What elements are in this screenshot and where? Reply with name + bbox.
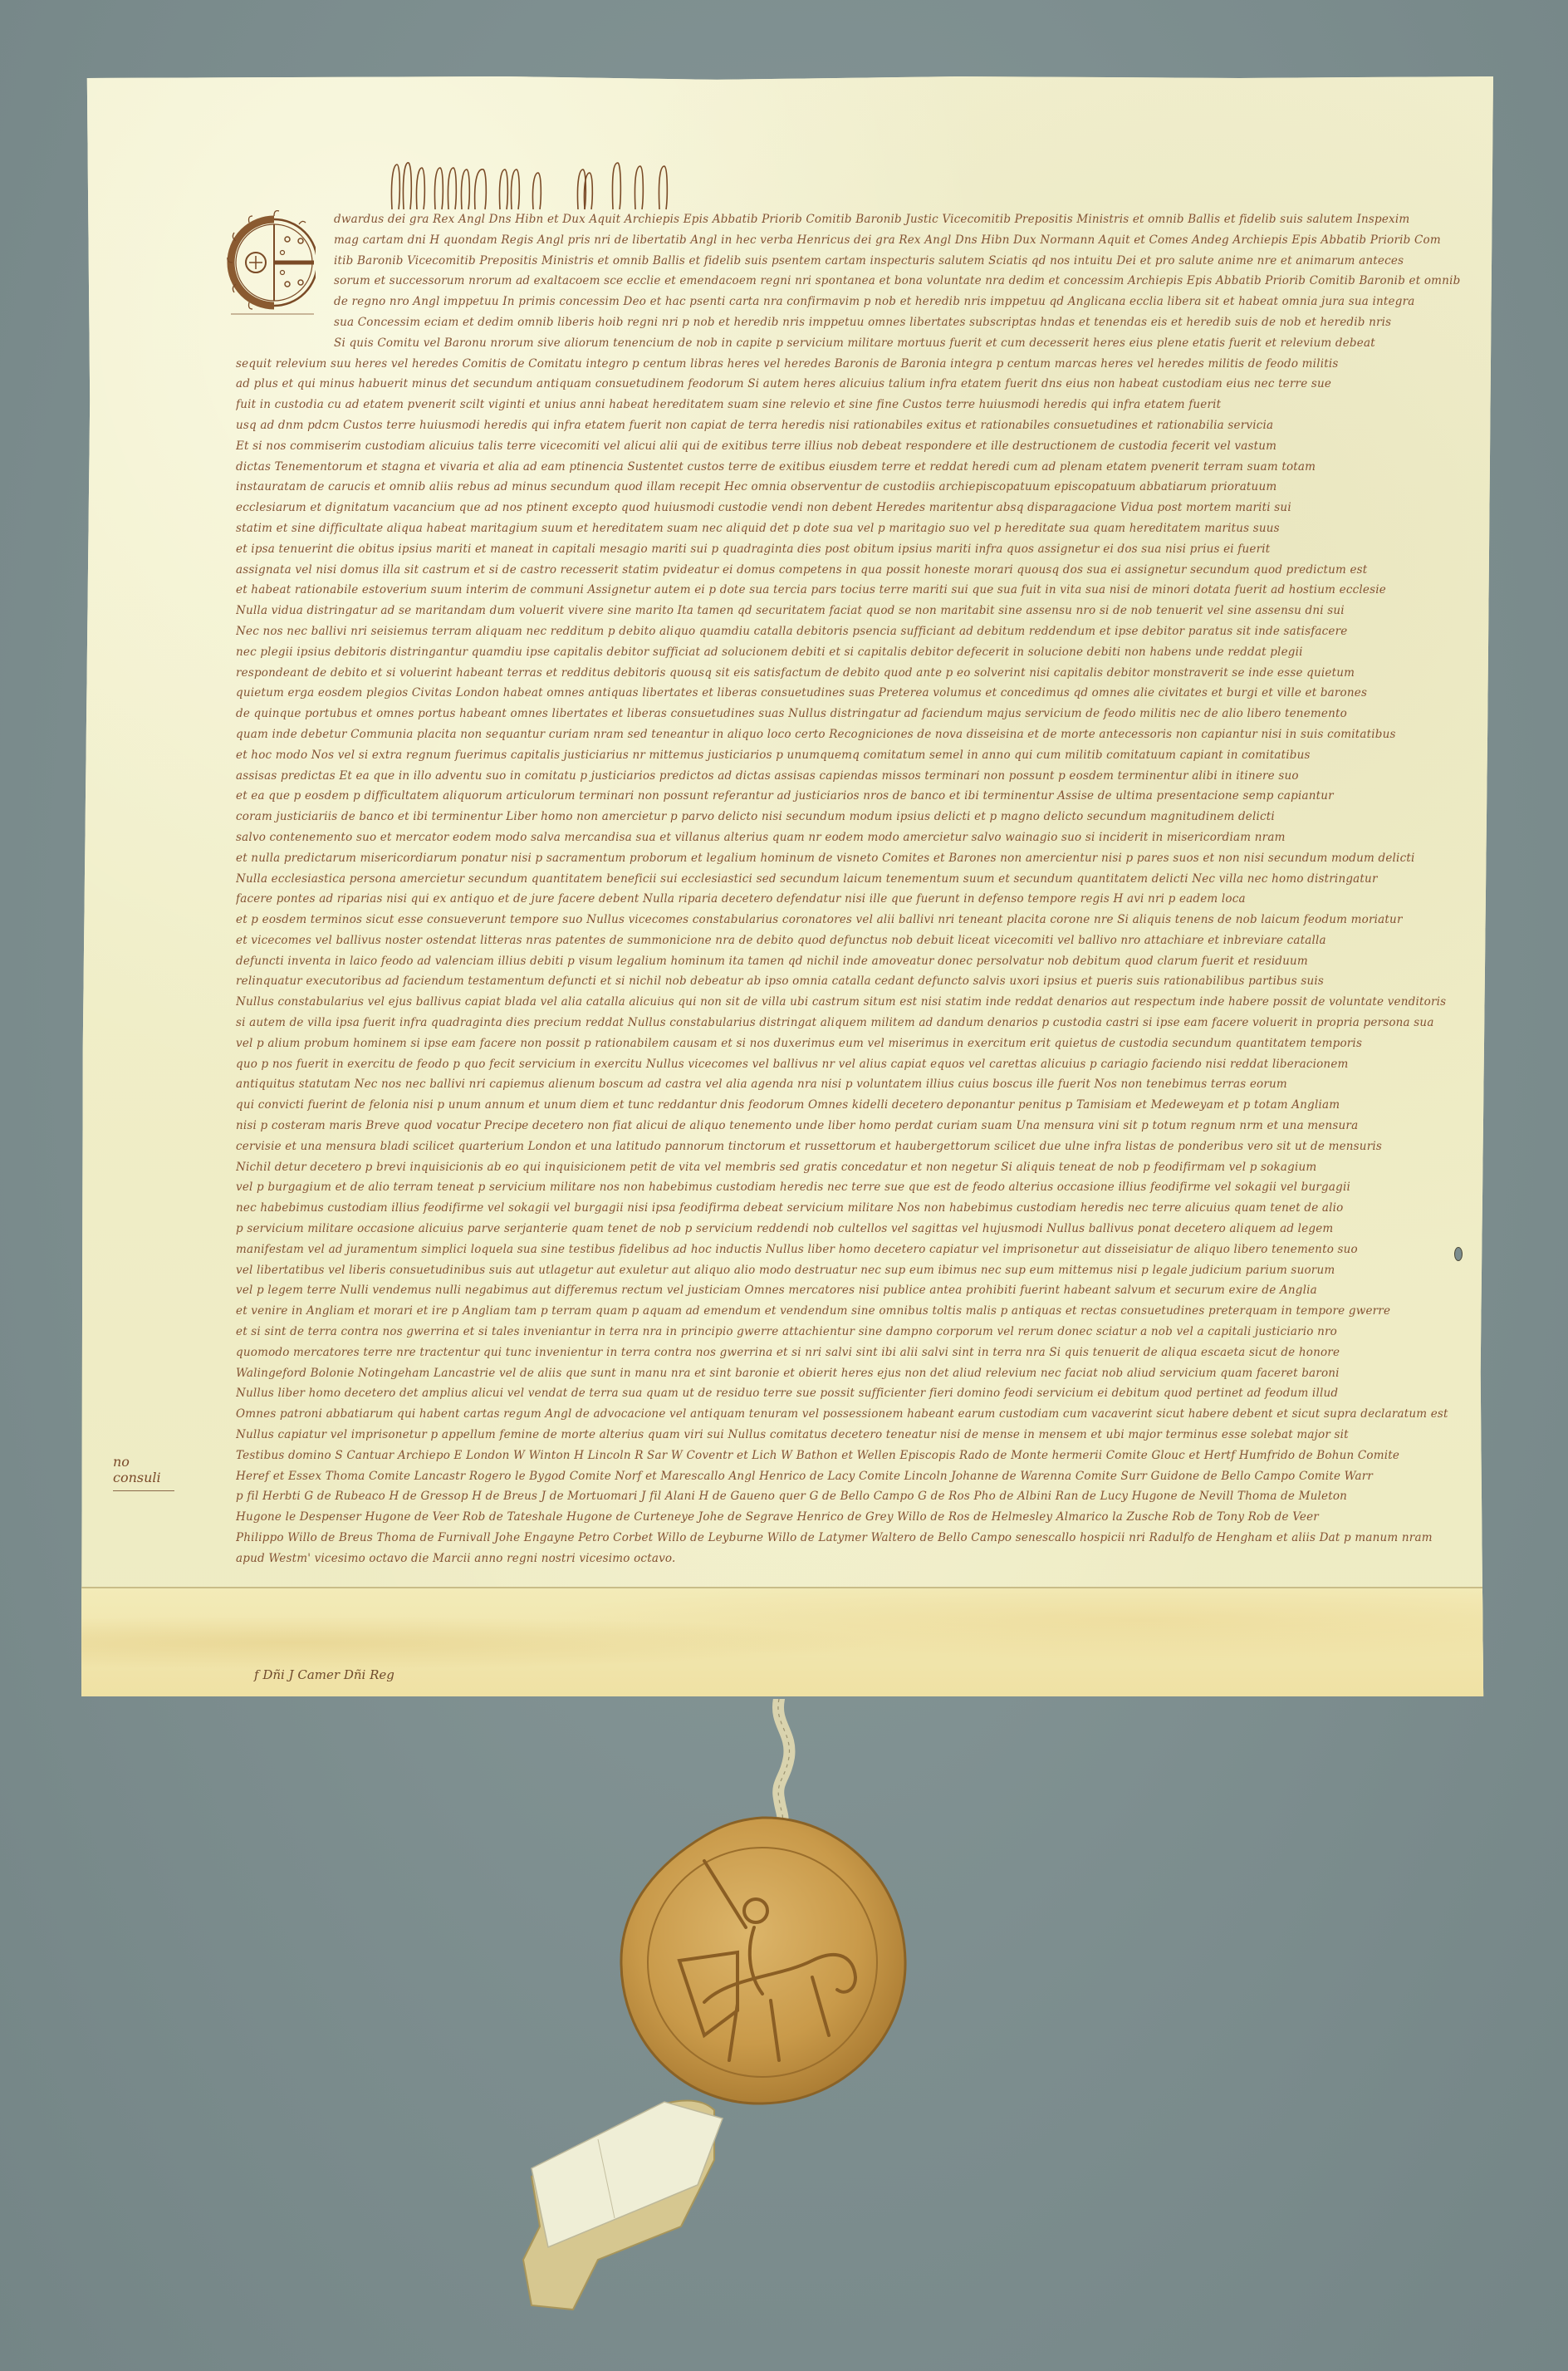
text-line: salvo contenemento suo et mercator eodem… <box>236 827 1482 848</box>
text-line: dwardus dei gra Rex Angl Dns Hibn et Dux… <box>236 209 1482 230</box>
text-line: qui convicti fuerint de felonia nisi p u… <box>236 1095 1482 1116</box>
text-line: de regno nro Angl imppetuu In primis con… <box>236 292 1482 312</box>
wax-seal-icon <box>613 1811 912 2110</box>
text-line: Philippo Willo de Breus Thoma de Furniva… <box>236 1528 1482 1549</box>
text-line: quomodo mercatores terre nre tractentur … <box>236 1343 1482 1363</box>
text-line: defuncti inventa in laico feodo ad valen… <box>236 951 1482 972</box>
text-line: nisi p costeram maris Breve quod vocatur… <box>236 1116 1482 1136</box>
text-line: vel p burgagium et de alio terram teneat… <box>236 1177 1482 1198</box>
text-line: nec plegii ipsius debitoris distringantu… <box>236 642 1482 663</box>
text-line: Nec nos nec ballivi nri seisiemus terram… <box>236 621 1482 642</box>
text-line: statim et sine difficultate aliqua habea… <box>236 518 1482 539</box>
text-line: p servicium militare occasione alicuius … <box>236 1219 1482 1239</box>
text-line: itib Baronib Vicecomitib Prepositis Mini… <box>236 251 1482 272</box>
text-line: respondeant de debito et si voluerint ha… <box>236 663 1482 684</box>
text-line: mag cartam dni H quondam Regis Angl pris… <box>236 230 1482 251</box>
clerk-endorsement: f Dñi J Camer Dñi Reg <box>254 1667 394 1682</box>
text-line: Nullus capiatur vel imprisonetur p appel… <box>236 1425 1482 1446</box>
text-line: sua Concessim eciam et dedim omnib liber… <box>236 312 1482 333</box>
text-line: instauratam de carucis et omnib aliis re… <box>236 477 1482 498</box>
charter-text: dwardus dei gra Rex Angl Dns Hibn et Dux… <box>236 209 1482 1569</box>
text-line: et venire in Angliam et morari et ire p … <box>236 1301 1482 1322</box>
parchment-hole <box>1455 1248 1462 1260</box>
text-line: antiquitus statutam Nec nos nec ballivi … <box>236 1074 1482 1095</box>
text-line: assisas predictas Et ea que in illo adve… <box>236 766 1482 787</box>
margin-annotation: no consuli <box>113 1454 174 1491</box>
text-line: et p eosdem terminos sicut esse consueve… <box>236 910 1482 930</box>
elongated-ascenders-decoration <box>389 161 887 211</box>
text-line: sequit relevium suu heres vel heredes Co… <box>236 354 1482 375</box>
text-line: quam inde debetur Communia placita non s… <box>236 724 1482 745</box>
text-line: et ipsa tenuerint die obitus ipsius mari… <box>236 539 1482 560</box>
charter-parchment: dwardus dei gra Rex Angl Dns Hibn et Dux… <box>81 76 1493 1696</box>
text-line: Nulla ecclesiastica persona amercietur s… <box>236 869 1482 890</box>
seal-tag-parchment <box>498 2085 731 2318</box>
text-line: et nulla predictarum misericordiarum pon… <box>236 848 1482 869</box>
text-line: Hugone le Despenser Hugone de Veer Rob d… <box>236 1507 1482 1528</box>
text-line: coram justiciariis de banco et ibi termi… <box>236 807 1482 827</box>
text-line: facere pontes ad riparias nisi qui ex an… <box>236 889 1482 910</box>
text-line: quietum erga eosdem plegios Civitas Lond… <box>236 683 1482 704</box>
text-line: et vicecomes vel ballivus noster ostenda… <box>236 930 1482 951</box>
text-line: et hoc modo Nos vel si extra regnum fuer… <box>236 745 1482 766</box>
text-line: Nullus constabularius vel ejus ballivus … <box>236 992 1482 1013</box>
text-line: p fil Herbti G de Rubeaco H de Gressop H… <box>236 1486 1482 1507</box>
text-line: Testibus domino S Cantuar Archiepo E Lon… <box>236 1446 1482 1466</box>
text-line: vel libertatibus vel liberis consuetudin… <box>236 1260 1482 1281</box>
text-line: et ea que p eosdem p difficultatem aliqu… <box>236 786 1482 807</box>
text-line: nec habebimus custodiam illius feodifirm… <box>236 1198 1482 1219</box>
text-line: Nullus liber homo decetero det amplius a… <box>236 1383 1482 1404</box>
text-line: ad plus et qui minus habuerit minus det … <box>236 374 1482 395</box>
text-line: cervisie et una mensura bladi scilicet q… <box>236 1136 1482 1157</box>
text-line: Walingeford Bolonie Notingeham Lancastri… <box>236 1363 1482 1384</box>
seal-cord <box>764 1699 806 1824</box>
text-line: usq ad dnm pdcm Custos terre huiusmodi h… <box>236 415 1482 436</box>
text-line: Et si nos commiserim custodiam alicuius … <box>236 436 1482 457</box>
text-line: Si quis Comitu vel Baronu nrorum sive al… <box>236 333 1482 354</box>
text-line: manifestam vel ad juramentum simplici lo… <box>236 1239 1482 1260</box>
text-line: si autem de villa ipsa fuerit infra quad… <box>236 1013 1482 1033</box>
text-line: relinquatur executoribus ad faciendum te… <box>236 971 1482 992</box>
text-line: et si sint de terra contra nos gwerrina … <box>236 1322 1482 1343</box>
text-line: assignata vel nisi domus illa sit castru… <box>236 560 1482 581</box>
dating-clause: apud Westm' vicesimo octavo die Marcii a… <box>236 1549 1482 1569</box>
text-line: ecclesiarum et dignitatum vacancium que … <box>236 498 1482 518</box>
text-line: vel p alium probum hominem si ipse eam f… <box>236 1033 1482 1054</box>
text-line: Omnes patroni abbatiarum qui habent cart… <box>236 1404 1482 1425</box>
text-line: Heref et Essex Thoma Comite Lancastr Rog… <box>236 1466 1482 1487</box>
text-line: quo p nos fuerit in exercitu de feodo p … <box>236 1054 1482 1075</box>
text-line: Nulla vidua distringatur ad se maritanda… <box>236 601 1482 621</box>
text-line: et habeat rationabile estoverium suum in… <box>236 580 1482 601</box>
text-line: dictas Tenementorum et stagna et vivaria… <box>236 457 1482 478</box>
text-line: Nichil detur decetero p brevi inquisicio… <box>236 1157 1482 1178</box>
text-line: vel p legem terre Nulli vendemus nulli n… <box>236 1280 1482 1301</box>
text-line: fuit in custodia cu ad etatem pvenerit s… <box>236 395 1482 415</box>
text-line: de quinque portubus et omnes portus habe… <box>236 704 1482 724</box>
text-line: sorum et successorum nrorum ad exaltacoe… <box>236 271 1482 292</box>
